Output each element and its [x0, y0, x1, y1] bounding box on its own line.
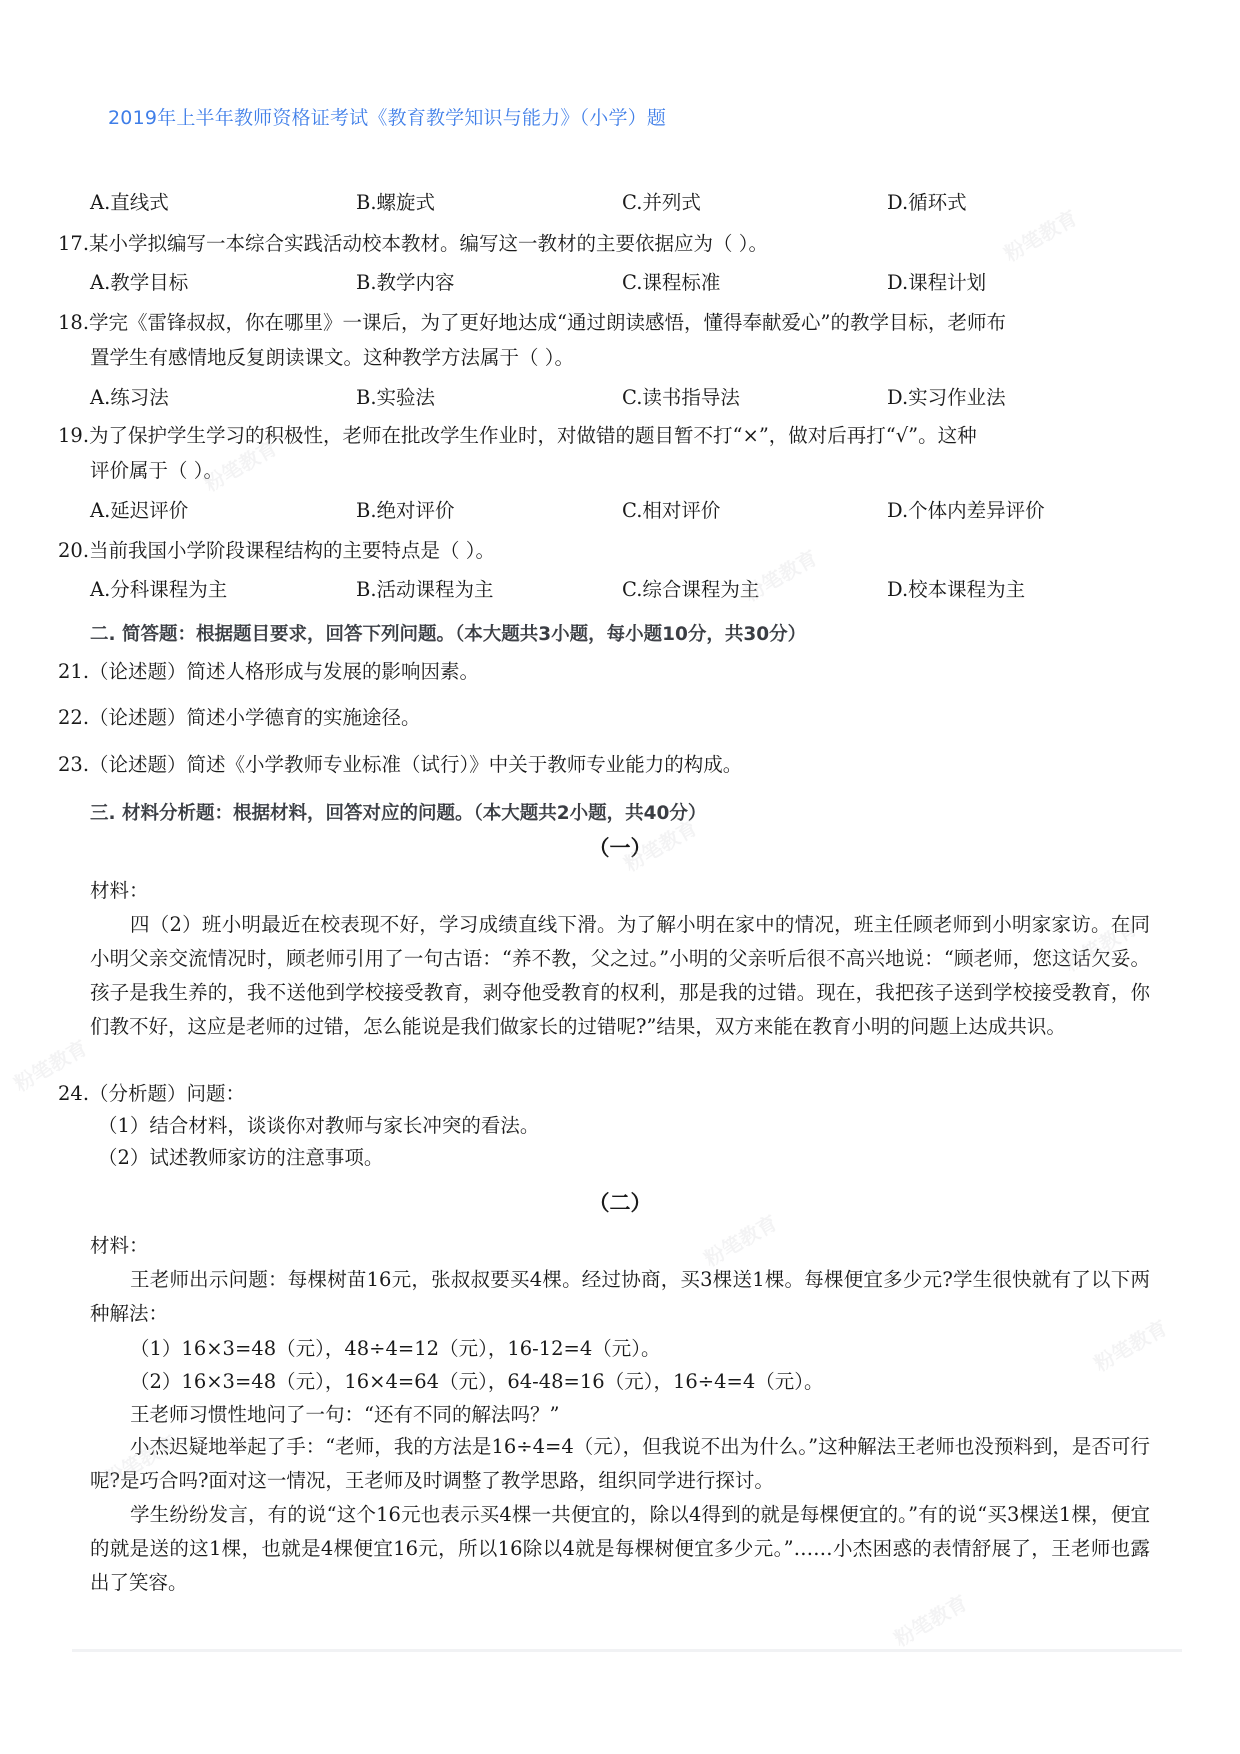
- option-b: B.教学内容: [356, 270, 455, 296]
- option-a: A.分科课程为主: [90, 577, 227, 603]
- material-label-1: 材料：: [90, 878, 149, 904]
- watermark: 粉笔教育: [998, 202, 1082, 267]
- option-d: D.课程计划: [887, 270, 986, 296]
- section-3-header: 三. 材料分析题：根据材料，回答对应的问题。（本大题共2小题，共40分）: [90, 799, 706, 825]
- section-2-header: 二. 简答题：根据题目要求，回答下列问题。（本大题共3小题，每小题10分，共30…: [90, 620, 806, 646]
- option-b: B.螺旋式: [356, 190, 435, 216]
- material-2-paragraph-4: 学生纷纷发言，有的说“这个16元也表示买4棵一共便宜的，除以4得到的就是每棵便宜…: [90, 1498, 1150, 1600]
- material-1-text: 四（2）班小明最近在校表现不好，学习成绩直线下滑。为了解小明在家中的情况，班主任…: [90, 908, 1150, 1044]
- option-d: D.循环式: [887, 190, 967, 216]
- option-b: B.活动课程为主: [356, 577, 494, 603]
- question-19-line1: 19.为了保护学生学习的积极性，老师在批改学生作业时，对做错的题目暂不打“×”，…: [58, 423, 977, 449]
- document-title: 2019年上半年教师资格证考试《教育教学知识与能力》（小学）题: [108, 103, 666, 130]
- option-c: C.课程标准: [622, 270, 720, 296]
- solution-2: （2）16×3=48（元），16×4=64（元），64-48=16（元），16÷…: [130, 1369, 824, 1395]
- option-a: A.延迟评价: [90, 498, 188, 524]
- option-c: C.相对评价: [622, 498, 720, 524]
- question-22: 22.（论述题）简述小学德育的实施途径。: [58, 705, 421, 731]
- option-d: D.实习作业法: [887, 385, 1006, 411]
- question-23: 23.（论述题）简述《小学教师专业标准（试行）》中关于教师专业能力的构成。: [58, 752, 742, 778]
- watermark: 粉笔教育: [738, 542, 822, 607]
- material-2-paragraph-2: 王老师习惯性地问了一句：“还有不同的解法吗？”: [130, 1402, 559, 1428]
- question-18-line2: 置学生有感情地反复朗读课文。这种教学方法属于（ ）。: [90, 345, 574, 371]
- question-18-line1: 18.学完《雷锋叔叔，你在哪里》一课后，为了更好地达成“通过朗读感悟，懂得奉献爱…: [58, 310, 1006, 336]
- footer-divider: [72, 1649, 1182, 1652]
- option-a: A.练习法: [90, 385, 169, 411]
- option-c: C.并列式: [622, 190, 701, 216]
- material-2-paragraph-1: 王老师出示问题：每棵树苗16元，张叔叔要买4棵。经过协商，买3棵送1棵。每棵便宜…: [90, 1263, 1150, 1331]
- option-c: C.读书指导法: [622, 385, 740, 411]
- part-1-heading: （一）: [0, 832, 1240, 862]
- material-label-2: 材料：: [90, 1233, 149, 1259]
- question-24: 24.（分析题）问题：: [58, 1081, 245, 1107]
- option-a: A.直线式: [90, 190, 169, 216]
- option-d: D.个体内差异评价: [887, 498, 1045, 524]
- question-21: 21.（论述题）简述人格形成与发展的影响因素。: [58, 659, 479, 685]
- option-d: D.校本课程为主: [887, 577, 1025, 603]
- question-24-sub1: （1）结合材料，谈谈你对教师与家长冲突的看法。: [98, 1113, 539, 1139]
- material-2-paragraph-3: 小杰迟疑地举起了手：“老师，我的方法是16÷4=4（元），但我说不出为什么。”这…: [90, 1430, 1150, 1498]
- question-20: 20.当前我国小学阶段课程结构的主要特点是（ ）。: [58, 538, 495, 564]
- option-b: B.实验法: [356, 385, 435, 411]
- solution-1: （1）16×3=48（元），48÷4=12（元），16-12=4（元）。: [130, 1336, 661, 1362]
- question-24-sub2: （2）试述教师家访的注意事项。: [98, 1145, 383, 1171]
- part-2-heading: （二）: [0, 1187, 1240, 1217]
- option-a: A.教学目标: [90, 270, 188, 296]
- option-b: B.绝对评价: [356, 498, 455, 524]
- question-17: 17.某小学拟编写一本综合实践活动校本教材。编写这一教材的主要依据应为（ ）。: [58, 231, 768, 257]
